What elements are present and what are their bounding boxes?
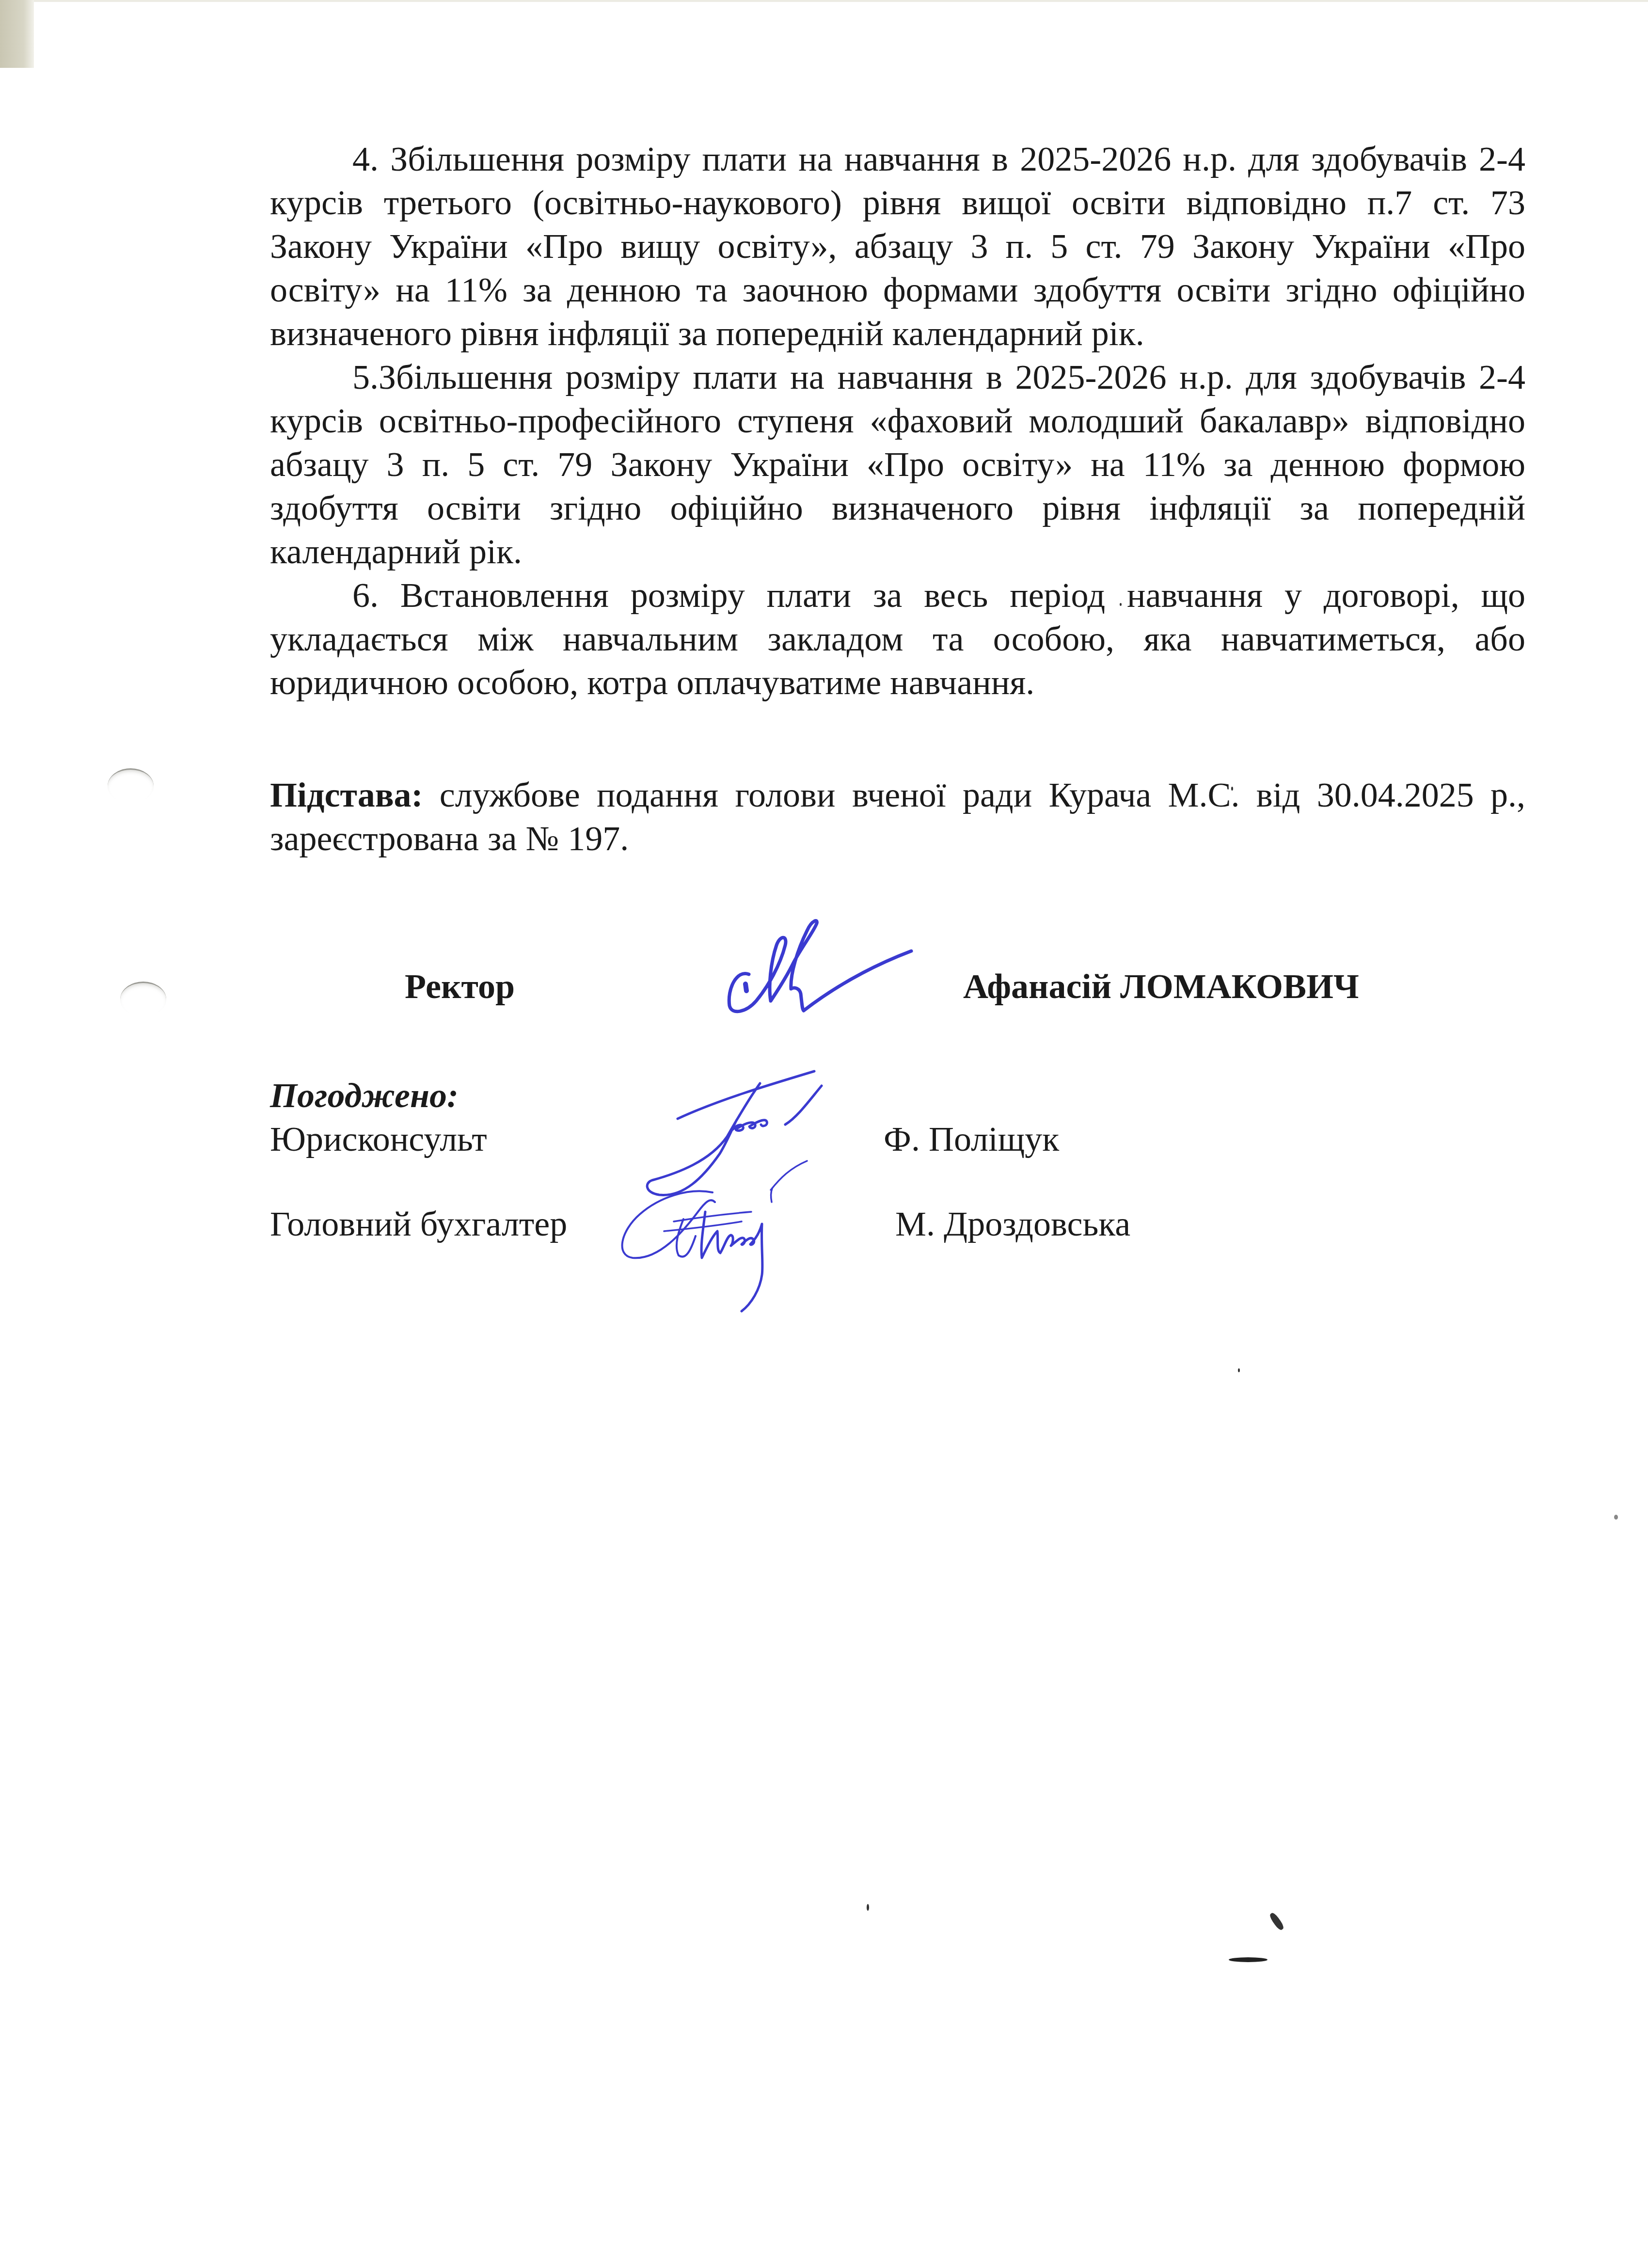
paragraph-4: 4. Збільшення розміру плати на навчання …	[270, 137, 1525, 355]
approver-name-legal: Ф. Поліщук	[884, 1117, 1059, 1161]
basis-statement: Підстава: службове подання голови вченої…	[270, 773, 1525, 860]
scan-edge-shadow	[0, 0, 34, 68]
punch-hole-top	[108, 768, 154, 804]
paragraph-6: 6. Встановлення розміру плати за весь пе…	[270, 573, 1525, 704]
punch-hole-bottom	[120, 982, 166, 1017]
rector-position: Ректор	[405, 965, 515, 1008]
approver-name-accountant: М. Дроздовська	[895, 1202, 1130, 1246]
scan-speck	[867, 1904, 869, 1911]
document-body: 4. Збільшення розміру плати на навчання …	[270, 137, 1525, 860]
paragraph-5: 5.Збільшення розміру плати на навчання в…	[270, 355, 1525, 573]
rector-signature-icon	[703, 897, 921, 1042]
approver-position-accountant: Головний бухгалтер	[270, 1202, 567, 1246]
basis-text: службове подання голови вченої ради Кура…	[270, 776, 1525, 858]
scan-speck	[1268, 1912, 1285, 1932]
scan-edge-top	[34, 0, 1648, 2]
rector-name: Афанасій ЛОМАКОВИЧ	[963, 965, 1359, 1008]
scan-speck	[1614, 1515, 1618, 1520]
scan-speck	[1238, 1368, 1240, 1372]
chief-accountant-signature-icon	[606, 1178, 848, 1338]
basis-label: Підстава:	[270, 776, 423, 814]
scan-speck	[1229, 1957, 1268, 1962]
approver-position-legal: Юрисконсульт	[270, 1117, 487, 1161]
approval-heading: Погоджено:	[270, 1074, 459, 1117]
